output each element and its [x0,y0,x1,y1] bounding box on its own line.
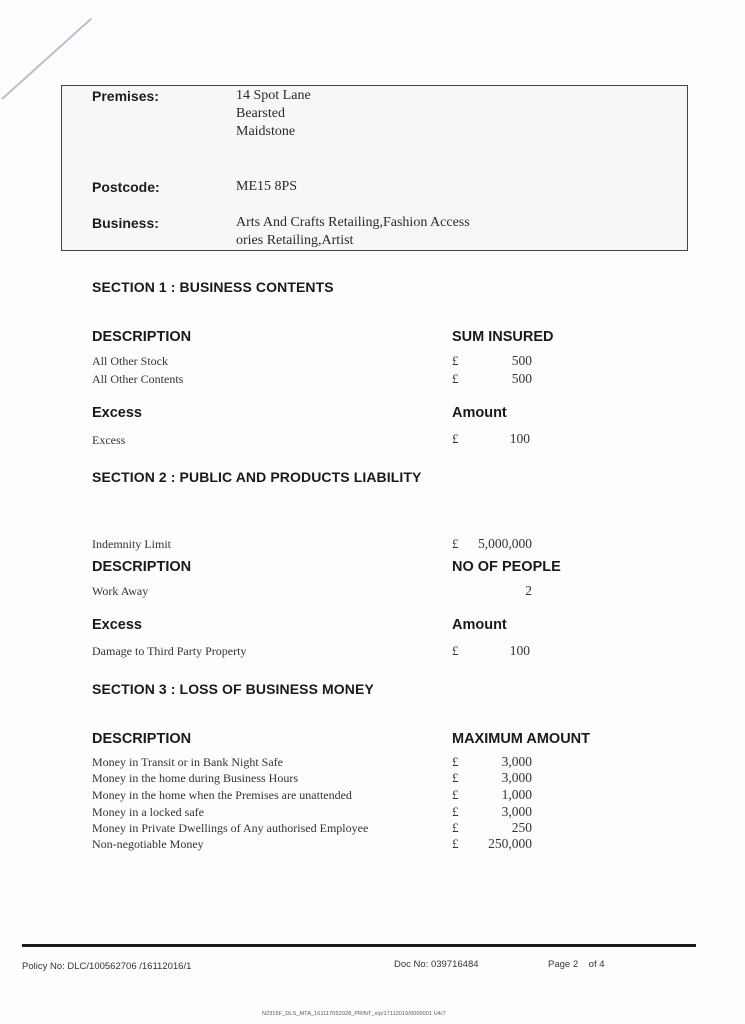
indemnity-limit-label: Indemnity Limit [92,537,171,552]
section1-sum-insured-header: SUM INSURED [452,329,554,345]
section1-description-header: DESCRIPTION [92,329,191,345]
section2-people-count: 2 [470,583,532,599]
section3-row-label: Money in the home when the Premises are … [92,788,352,803]
currency-symbol: £ [452,820,459,836]
section3-row-amount: 3,000 [460,804,532,820]
currency-symbol: £ [452,754,459,770]
premises-address: 14 Spot Lane Bearsted Maidstone [236,87,311,141]
postcode-label: Postcode: [92,179,160,195]
section3-row-amount: 3,000 [460,754,532,770]
section1-title: SECTION 1 : BUSINESS CONTENTS [92,279,334,295]
currency-symbol: £ [452,787,459,803]
section2-description-header: DESCRIPTION [92,559,191,575]
section3-row-amount: 250 [460,820,532,836]
section3-description-header: DESCRIPTION [92,731,191,747]
section3-row-label: Money in Transit or in Bank Night Safe [92,755,283,770]
currency-symbol: £ [452,770,459,786]
policy-number: Policy No: DLC/100562706 /16112016/1 [22,961,191,972]
address-line: Bearsted [236,105,311,123]
currency-symbol: £ [452,371,459,387]
section3-row-amount: 3,000 [460,770,532,786]
section3-title: SECTION 3 : LOSS OF BUSINESS MONEY [92,681,374,697]
section3-maximum-amount-header: MAXIMUM AMOUNT [452,731,590,747]
address-line: Maidstone [236,123,311,141]
section3-row-label: Money in the home during Business Hours [92,771,298,786]
section1-excess-amount: 100 [470,431,530,447]
page-number: Page 2 of 4 [548,959,605,970]
postcode-value: ME15 8PS [236,178,297,196]
document-number: Doc No: 039716484 [394,959,479,970]
business-line: Arts And Crafts Retailing,Fashion Access [236,214,470,232]
section2-excess-header: Excess [92,617,142,633]
currency-symbol: £ [452,836,459,852]
footer-rule [22,944,696,947]
section1-amount-header: Amount [452,405,507,421]
section2-title: SECTION 2 : PUBLIC AND PRODUCTS LIABILIT… [92,469,421,485]
section3-row-amount: 1,000 [460,787,532,803]
indemnity-limit-amount: 5,000,000 [460,536,532,552]
section1-excess-header: Excess [92,405,142,421]
section3-row-label: Money in a locked safe [92,805,204,820]
section3-row-label: Non-negotiable Money [92,837,204,852]
currency-symbol: £ [452,804,459,820]
address-line: 14 Spot Lane [236,87,311,105]
section2-excess-label: Damage to Third Party Property [92,644,246,659]
business-value: Arts And Crafts Retailing,Fashion Access… [236,214,470,250]
currency-symbol: £ [452,536,459,552]
section1-row-amount: 500 [470,371,532,387]
section3-row-label: Money in Private Dwellings of Any author… [92,821,368,836]
section1-excess-label: Excess [92,433,125,448]
section2-amount-header: Amount [452,617,507,633]
section2-people-label: Work Away [92,584,148,599]
currency-symbol: £ [452,643,459,659]
section3-row-amount: 250,000 [460,836,532,852]
section2-people-header: NO OF PEOPLE [452,559,561,575]
currency-symbol: £ [452,353,459,369]
currency-symbol: £ [452,431,459,447]
print-reference: N2315F_DLS_MTA_161117052028_PRINT_xlp/17… [262,1011,446,1017]
section1-row-amount: 500 [470,353,532,369]
section2-excess-amount: 100 [470,643,530,659]
section1-row-label: All Other Stock [92,354,168,369]
premises-label: Premises: [92,88,159,104]
section1-row-label: All Other Contents [92,372,183,387]
business-label: Business: [92,215,159,231]
business-line: ories Retailing,Artist [236,232,470,250]
